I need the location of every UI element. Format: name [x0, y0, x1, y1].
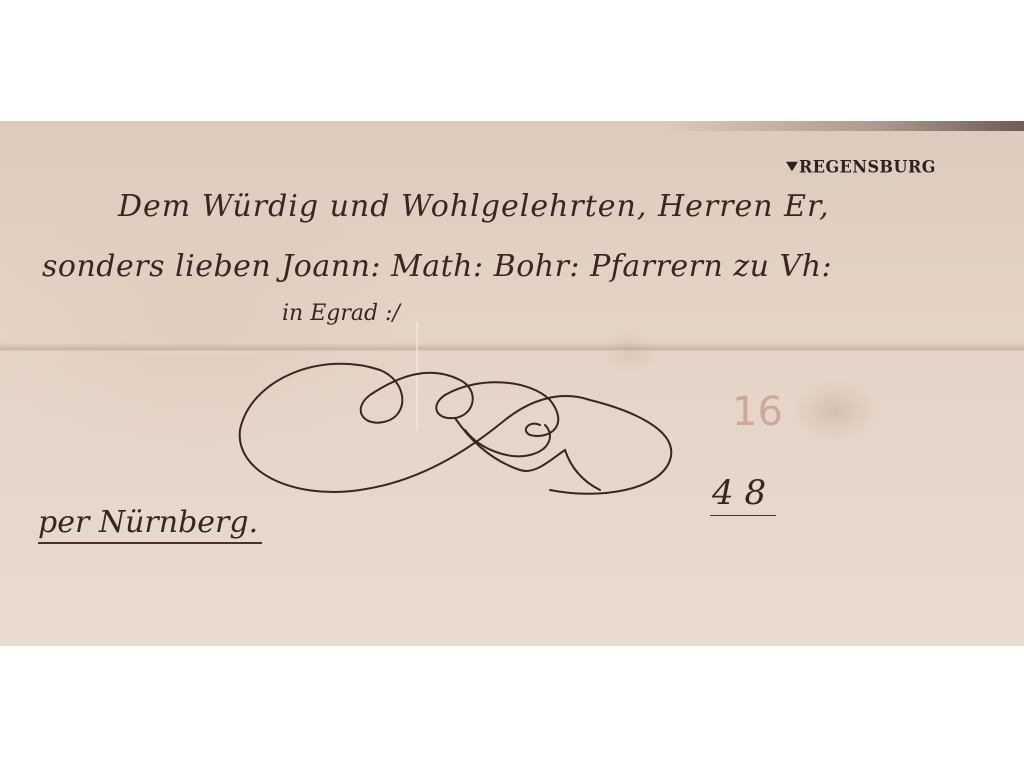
- origin-routing-note: per Nürnberg.: [38, 505, 262, 544]
- postmark-text: REGENSBURG: [799, 157, 936, 177]
- calligraphic-flourish-icon: [230, 340, 690, 515]
- arrow-down-icon: [786, 162, 798, 171]
- address-line-2: sonders lieben Joann: Math: Bohr: Pfarre…: [42, 249, 832, 284]
- photo-stage: REGENSBURG Dem Würdig und Wohlgelehrten,…: [0, 0, 1024, 768]
- postage-fee-mark: 4 8: [710, 473, 776, 516]
- address-line-3: in Egrad :/: [282, 301, 400, 326]
- sheet-edge-shadow: [664, 121, 1024, 131]
- address-line-1: Dem Würdig und Wohlgelehrten, Herren Er,: [118, 189, 830, 224]
- pencil-number: 16: [732, 389, 783, 435]
- regensburg-postmark: REGENSBURG: [786, 157, 936, 177]
- letter-sheet: REGENSBURG Dem Würdig und Wohlgelehrten,…: [0, 121, 1024, 646]
